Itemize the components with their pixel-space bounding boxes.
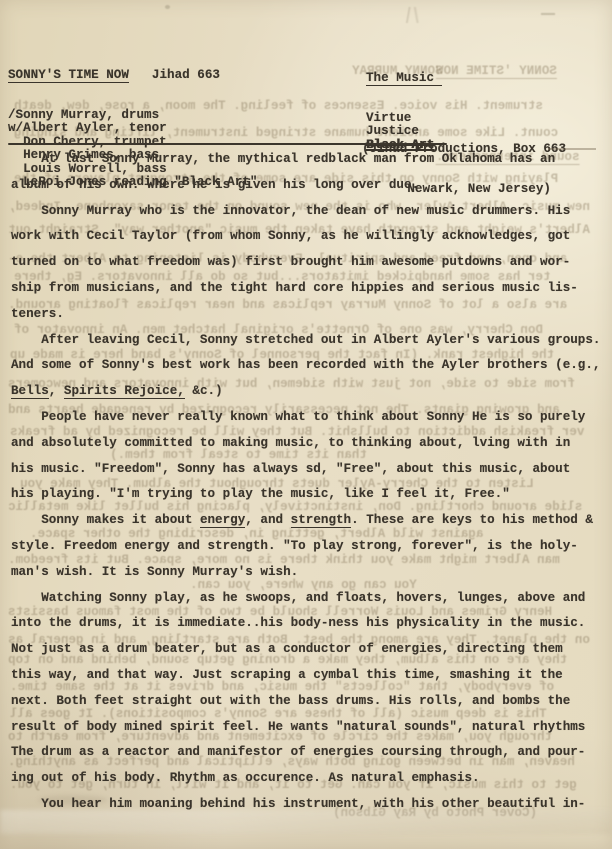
bleed-line: SONNY 'STIME NOW [436,64,557,79]
body-line: You hear him moaning behind his instrume… [11,792,600,818]
underlined-text: Bells [11,384,49,399]
text-segment: . These are keys to his method & [351,513,593,527]
text-segment: ship from musicians, and the tight hard … [11,281,578,295]
text-segment: , and [245,513,290,527]
body-line: next. Both feet straight out with the ba… [11,689,600,715]
body-line: teners. [11,302,600,328]
body-line: turned on to what freedom was) first bro… [11,250,600,276]
body-line: album of his own. Where he is given his … [11,173,600,199]
underlined-text: strength [291,513,351,528]
text-segment: Watching Sonny play, as he swoops, and f… [11,591,585,605]
body-line: At last Sonny Murray, the mythical redbl… [11,147,600,173]
body-line: And some of Sonny's best work has been r… [11,353,600,379]
body-line: his music. "Freedom", Sonny has always s… [11,457,600,483]
text-segment: Sonny makes it about [11,513,200,527]
text-segment: album of his own. Where he is given his … [11,178,419,192]
text-segment: into the drums, it is immediate..his bod… [11,616,585,630]
body-line: ship from musicians, and the tight hard … [11,276,600,302]
body-line: work with Cecil Taylor (from whom Sonny,… [11,224,600,250]
underlined-text: Spirits Rejoice, [64,384,185,399]
text-segment: next. Both feet straight out with the ba… [11,694,570,708]
body-line: style. Freedom energy and strength. "To … [11,534,600,560]
text-segment: result of body mined spirit feel. He wan… [11,720,585,734]
catalog-number: Jihad 663 [152,68,220,82]
text-segment: Sonny Murray who is the innovator, the d… [11,204,570,218]
text-segment: turned on to what freedom was) first bro… [11,255,570,269]
body-line: People have never really known what to t… [11,405,600,431]
title-line: SONNY'S TIME NOWJihad 663 [8,69,257,82]
body-line: and absolutely committed to making music… [11,431,600,457]
personnel-line: w/Albert Ayler, tenor [8,122,257,135]
body-line: After leaving Cecil, Sonny stretched out… [11,328,600,354]
body-line: The drum as a reactor and manifestor of … [11,740,600,766]
body-line: this way, and that way. Just scraping a … [11,663,600,689]
body-line: Watching Sonny play, as he swoops, and f… [11,586,600,612]
text-segment: his music. "Freedom", Sonny has always s… [11,462,570,476]
music-heading-line: The Music [366,72,442,85]
text-segment: You hear him moaning behind his instrume… [11,797,585,811]
text-segment: The drum as a reactor and manifestor of … [11,745,585,759]
text-segment: &c.) [185,384,223,398]
body-line: Not just as a drum beater, but as a cond… [11,637,600,663]
text-segment: At last Sonny Murray, the mythical redbl… [11,152,555,166]
scanned-liner-notes-page: SONNY MURRAYSONNY 'STIME NOWstrument. Hi… [0,0,612,849]
text-segment: his playing. "I'm trying to play the mus… [11,487,510,501]
music-heading: The Music [366,71,442,86]
text-segment: man's wish. It is Sonny Murray's wish. [11,565,298,579]
body-line: man's wish. It is Sonny Murray's wish. [11,560,600,586]
text-segment: , [49,384,64,398]
body-line: his playing. "I'm trying to play the mus… [11,482,600,508]
text-segment: ing out of his body. Rhythm as occurence… [11,771,480,785]
body-line: into the drums, it is immediate..his bod… [11,611,600,637]
liner-notes: At last Sonny Murray, the mythical redbl… [11,147,600,818]
text-segment: People have never really known what to t… [11,410,585,424]
text-segment: style. Freedom energy and strength. "To … [11,539,578,553]
text-segment: teners. [11,307,64,321]
body-line: result of body mined spirit feel. He wan… [11,715,600,741]
personnel-line: /Sonny Murray, drums [8,109,257,122]
text-segment: And some of Sonny's best work has been r… [11,358,600,372]
body-line: Sonny makes it about energy, and strengt… [11,508,600,534]
text-segment: Not just as a drum beater, but as a cond… [11,642,563,656]
body-line: Bells, Spirits Rejoice, &c.) [11,379,600,405]
text-segment: work with Cecil Taylor (from whom Sonny,… [11,229,570,243]
text-segment: After leaving Cecil, Sonny stretched out… [11,333,600,347]
body-line: ing out of his body. Rhythm as occurence… [11,766,600,792]
body-line: Sonny Murray who is the innovator, the d… [11,199,600,225]
album-title: SONNY'S TIME NOW [8,68,129,83]
text-segment: and absolutely committed to making music… [11,436,570,450]
text-segment: this way, and that way. Just scraping a … [11,668,563,682]
underlined-text: energy [200,513,245,528]
